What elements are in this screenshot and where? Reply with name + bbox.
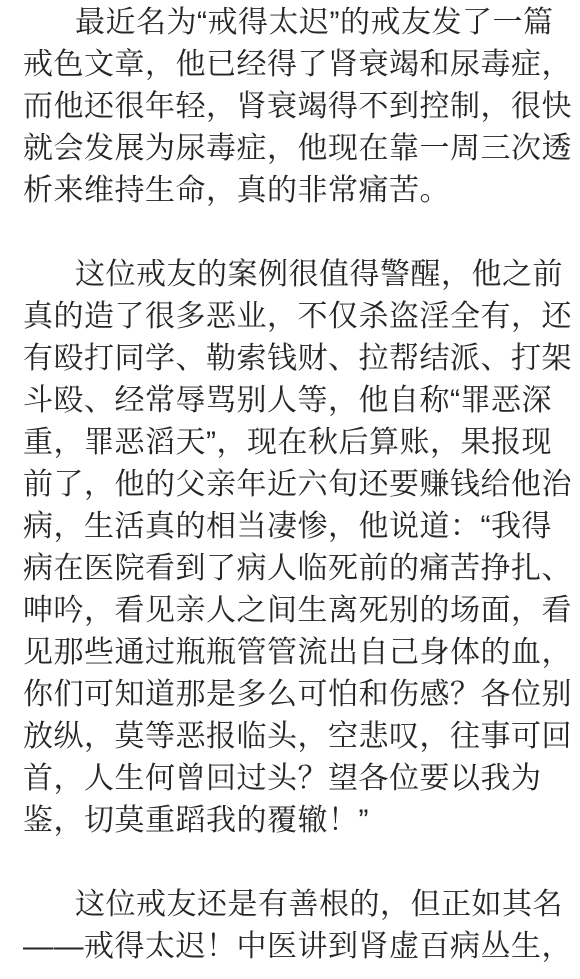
text-line: 真的造了很多恶业，不仅杀盗淫全有，还 [23, 296, 572, 338]
paragraph: 这位戒友还是有善根的，但正如其名——戒得太迟！中医讲到肾虚百病丛生， [23, 884, 572, 968]
text-line: 病在医院看到了病人临死前的痛苦挣扎、 [23, 548, 572, 590]
text-line: 析来维持生命，真的非常痛苦。 [23, 170, 572, 212]
paragraph: 最近名为“戒得太迟”的戒友发了一篇戒色文章，他已经得了肾衰竭和尿毒症，而他还很年… [23, 2, 572, 212]
text-line: 最近名为“戒得太迟”的戒友发了一篇 [23, 2, 572, 44]
text-line: 病，生活真的相当凄惨，他说道：“我得 [23, 506, 572, 548]
text-line: 而他还很年轻，肾衰竭得不到控制，很快 [23, 86, 572, 128]
text-line: 这位戒友还是有善根的，但正如其名 [23, 884, 572, 926]
paragraph: 这位戒友的案例很值得警醒，他之前真的造了很多恶业，不仅杀盗淫全有，还有殴打同学、… [23, 254, 572, 842]
text-line: 就会发展为尿毒症，他现在靠一周三次透 [23, 128, 572, 170]
text-line: 这位戒友的案例很值得警醒，他之前 [23, 254, 572, 296]
text-line: 斗殴、经常辱骂别人等，他自称“罪恶深 [23, 380, 572, 422]
text-line: 前了，他的父亲年近六旬还要赚钱给他治 [23, 464, 572, 506]
text-line: 重，罪恶滔天”，现在秋后算账，果报现 [23, 422, 572, 464]
text-line: 呻吟，看见亲人之间生离死别的场面，看 [23, 590, 572, 632]
text-line: 首，人生何曾回过头？望各位要以我为 [23, 758, 572, 800]
text-line: 你们可知道那是多么可怕和伤感？各位别 [23, 674, 572, 716]
text-line: 有殴打同学、勒索钱财、拉帮结派、打架 [23, 338, 572, 380]
text-line: 鉴，切莫重蹈我的覆辙！” [23, 800, 572, 842]
text-line: 放纵，莫等恶报临头，空悲叹，往事可回 [23, 716, 572, 758]
text-line: ——戒得太迟！中医讲到肾虚百病丛生， [23, 926, 572, 968]
text-line: 戒色文章，他已经得了肾衰竭和尿毒症， [23, 44, 572, 86]
text-line: 见那些通过瓶瓶管管流出自己身体的血， [23, 632, 572, 674]
article-text: 最近名为“戒得太迟”的戒友发了一篇戒色文章，他已经得了肾衰竭和尿毒症，而他还很年… [0, 0, 580, 979]
